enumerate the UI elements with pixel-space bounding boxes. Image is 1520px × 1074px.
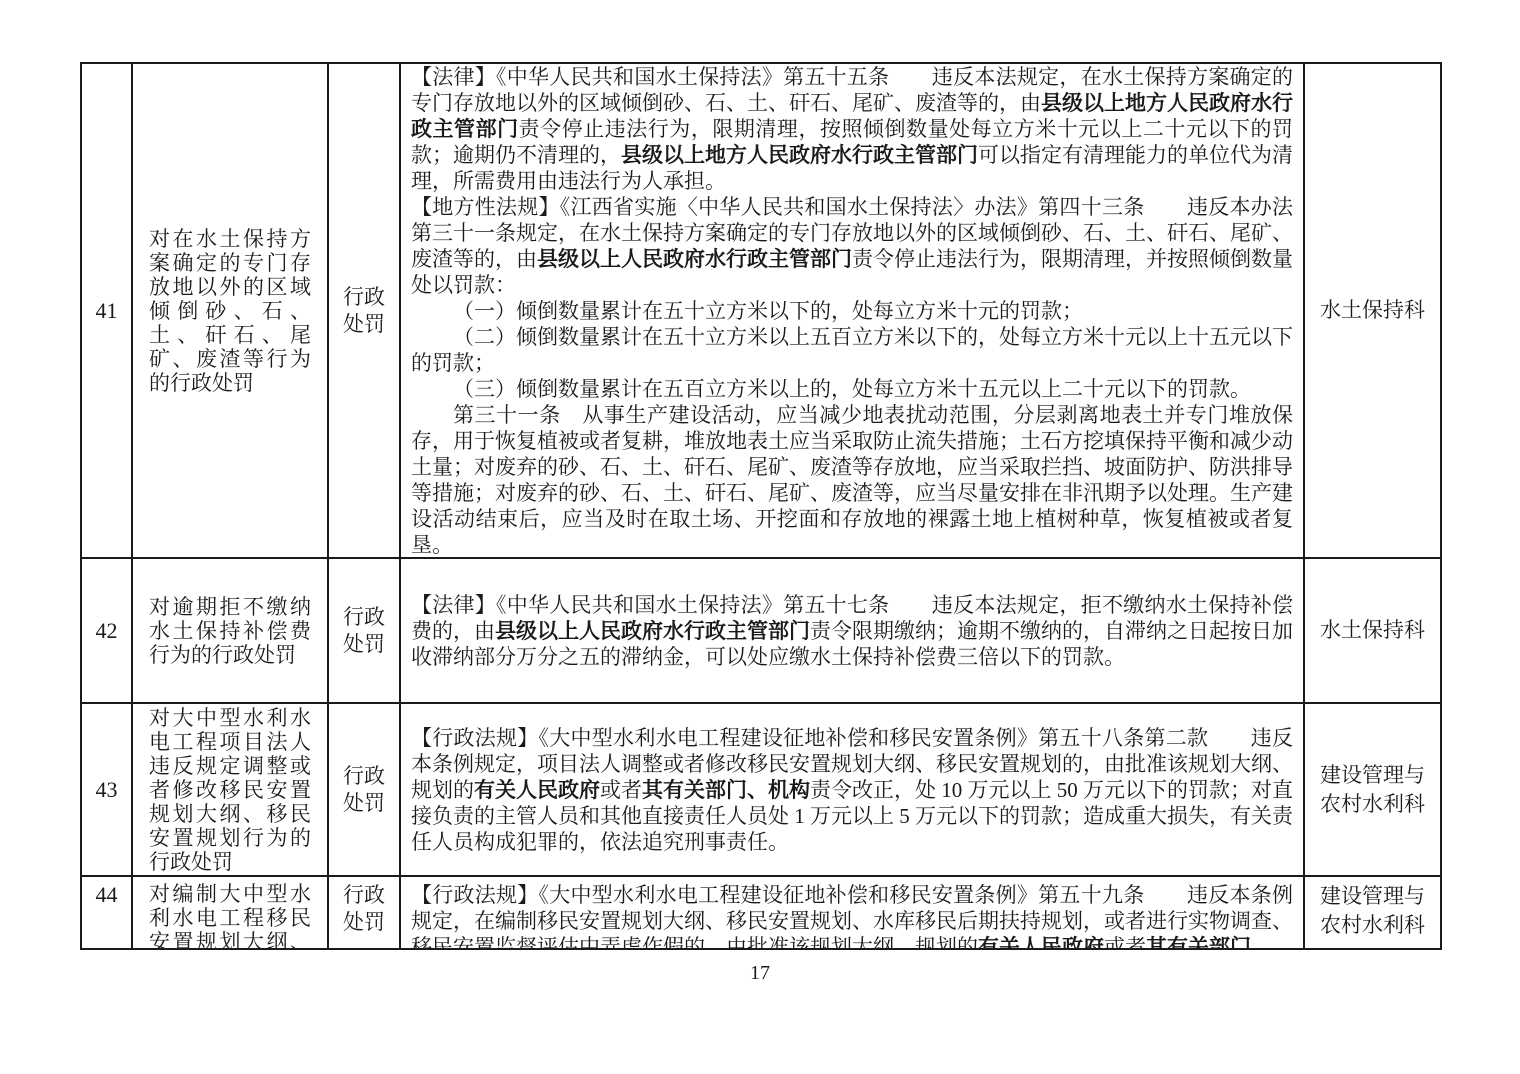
penalty-type: 行政处罚 bbox=[329, 877, 401, 950]
row-number: 42 bbox=[82, 559, 133, 704]
item-name: 对在水土保持方案确定的专门存放地以外的区域倾倒砂、石、土、矸石、尾矿、废渣等行为… bbox=[133, 64, 329, 559]
table-row: 43 对大中型水利水电工程项目法人违反规定调整或者修改移民安置规划大纲、移民安置… bbox=[82, 704, 1440, 877]
page-number: 17 bbox=[0, 962, 1520, 985]
emphasized-authority: 有关人民政府 bbox=[474, 778, 600, 802]
document-page: 41 对在水土保持方案确定的专门存放地以外的区域倾倒砂、石、土、矸石、尾矿、废渣… bbox=[0, 0, 1520, 1074]
legal-basis: 【行政法规】《大中型水利水电工程建设征地补偿和移民安置条例》第五十八条第二款 违… bbox=[401, 704, 1305, 877]
row-number: 43 bbox=[82, 704, 133, 877]
emphasized-authority: 有关人民政府 bbox=[978, 935, 1104, 950]
legal-paragraph: （二）倾倒数量累计在五十立方米以上五百立方米以下的，处每立方米十元以上十五元以下… bbox=[411, 324, 1293, 376]
emphasized-authority: 县级以上人民政府水行政主管部门 bbox=[537, 247, 852, 271]
legal-paragraph: 【法律】《中华人民共和国水土保持法》第五十七条 违反本法规定，拒不缴纳水土保持补… bbox=[411, 592, 1293, 670]
responsible-department: 建设管理与农村水利科 bbox=[1305, 704, 1440, 877]
legal-paragraph: 第三十一条 从事生产建设活动，应当减少地表扰动范围，分层剥离地表土并专门堆放保存… bbox=[411, 402, 1293, 558]
table-row: 44 对编制大中型水利水电工程移民安置规划大纲、移 行政处罚 【行政法规】《大中… bbox=[82, 877, 1440, 950]
legal-basis: 【行政法规】《大中型水利水电工程建设征地补偿和移民安置条例》第五十九条 违反本条… bbox=[401, 877, 1305, 950]
emphasized-authority: 县级以上人民政府水行政主管部门 bbox=[495, 619, 810, 643]
item-name: 对大中型水利水电工程项目法人违反规定调整或者修改移民安置规划大纲、移民安置规划行… bbox=[133, 704, 329, 877]
legal-paragraph: 【法律】《中华人民共和国水土保持法》第五十五条 违反本法规定，在水土保持方案确定… bbox=[411, 64, 1293, 194]
legal-text: （一）倾倒数量累计在五十立方米以下的，处每立方米十元的罚款； bbox=[453, 299, 1083, 323]
emphasized-authority: 其有关部门、机构 bbox=[642, 778, 810, 802]
item-name: 对逾期拒不缴纳水土保持补偿费行为的行政处罚 bbox=[133, 559, 329, 704]
legal-paragraph: 【行政法规】《大中型水利水电工程建设征地补偿和移民安置条例》第五十八条第二款 违… bbox=[411, 725, 1293, 855]
table-row: 42 对逾期拒不缴纳水土保持补偿费行为的行政处罚 行政处罚 【法律】《中华人民共… bbox=[82, 559, 1440, 704]
legal-text: 第三十一条 从事生产建设活动，应当减少地表扰动范围，分层剥离地表土并专门堆放保存… bbox=[411, 403, 1293, 557]
item-name: 对编制大中型水利水电工程移民安置规划大纲、移 bbox=[133, 877, 329, 950]
emphasized-authority: 县级以上地方人民政府水行政主管部门 bbox=[621, 143, 978, 167]
legal-paragraph: （三）倾倒数量累计在五百立方米以上的，处每立方米十五元以上二十元以下的罚款。 bbox=[411, 376, 1293, 402]
legal-text: （二）倾倒数量累计在五十立方米以上五百立方米以下的，处每立方米十元以上十五元以下… bbox=[411, 325, 1293, 375]
penalty-type: 行政处罚 bbox=[329, 559, 401, 704]
responsible-department: 建设管理与农村水利科 bbox=[1305, 877, 1440, 950]
legal-paragraph: 【地方性法规】《江西省实施〈中华人民共和国水土保持法〉办法》第四十三条 违反本办… bbox=[411, 194, 1293, 298]
emphasized-authority: 其有关部门、 bbox=[1146, 935, 1272, 950]
penalty-type: 行政处罚 bbox=[329, 64, 401, 559]
row-number: 44 bbox=[82, 877, 133, 950]
legal-paragraph: 【行政法规】《大中型水利水电工程建设征地补偿和移民安置条例》第五十九条 违反本条… bbox=[411, 882, 1293, 950]
legal-text: 或者 bbox=[1104, 935, 1146, 950]
legal-paragraph: （一）倾倒数量累计在五十立方米以下的，处每立方米十元的罚款； bbox=[411, 298, 1293, 324]
legal-basis: 【法律】《中华人民共和国水土保持法》第五十七条 违反本法规定，拒不缴纳水土保持补… bbox=[401, 559, 1305, 704]
legal-text: 或者 bbox=[600, 778, 642, 802]
row-number: 41 bbox=[82, 64, 133, 559]
penalty-type: 行政处罚 bbox=[329, 704, 401, 877]
penalty-table: 41 对在水土保持方案确定的专门存放地以外的区域倾倒砂、石、土、矸石、尾矿、废渣… bbox=[80, 62, 1442, 950]
penalty-table-body: 41 对在水土保持方案确定的专门存放地以外的区域倾倒砂、石、土、矸石、尾矿、废渣… bbox=[82, 64, 1440, 950]
legal-basis: 【法律】《中华人民共和国水土保持法》第五十五条 违反本法规定，在水土保持方案确定… bbox=[401, 64, 1305, 559]
table-row: 41 对在水土保持方案确定的专门存放地以外的区域倾倒砂、石、土、矸石、尾矿、废渣… bbox=[82, 64, 1440, 559]
legal-text: （三）倾倒数量累计在五百立方米以上的，处每立方米十五元以上二十元以下的罚款。 bbox=[453, 377, 1251, 401]
responsible-department: 水土保持科 bbox=[1305, 559, 1440, 704]
responsible-department: 水土保持科 bbox=[1305, 64, 1440, 559]
